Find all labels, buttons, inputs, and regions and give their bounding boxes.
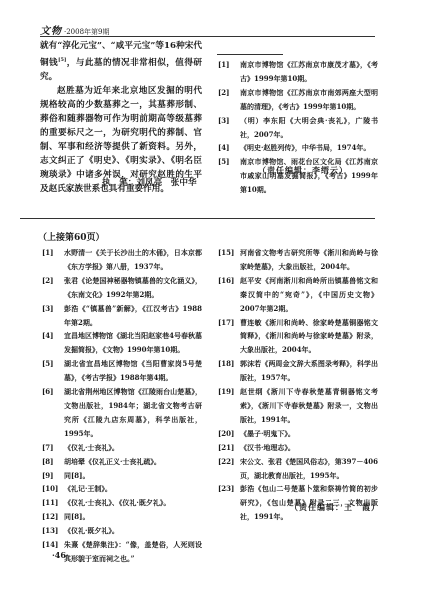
- reference-number: [4]: [42, 329, 64, 357]
- reference-item: [1]南京市博物馆《江苏南京市康茂才墓》，《考古》1999年第10期。: [218, 58, 378, 86]
- reference-number: [22]: [218, 455, 240, 483]
- reference-item: [10]《礼记·王制》。: [42, 482, 202, 496]
- responsible-editor-bottom: （责任编辑：王 霞）: [290, 502, 380, 513]
- reference-number: [10]: [42, 482, 64, 496]
- reference-number: [3]: [218, 114, 240, 142]
- reference-number: [5]: [218, 155, 240, 197]
- reference-list-top: [1]南京市博物馆《江苏南京市康茂才墓》，《考古》1999年第10期。[2]南京…: [218, 58, 378, 197]
- reference-item: [5]湖北省宜昌地区博物馆《当阳曹家岗5号楚墓》，《考古学报》1988年第4期。: [42, 357, 202, 385]
- reference-number: [5]: [42, 357, 64, 385]
- body-paragraph-1: 就有“淳化元宝”、“咸平元宝”等16种宋代铜钱[5]，与此墓的情况非常相似，值得…: [40, 39, 202, 84]
- reference-item: [1]水野清一《关于长沙出土的木俑》，日本京都《东方学报》第八册，1937年。: [42, 246, 202, 274]
- reference-item: [7]《仪礼·士丧礼》。: [42, 441, 202, 455]
- reference-text: 水野清一《关于长沙出土的木俑》，日本京都《东方学报》第八册，1937年。: [64, 246, 202, 274]
- reference-item: [16]赵平安《河南淅川和尚岭所出镇墓兽铭文和秦汉简中的“宛奇”》，《中国历史文…: [218, 274, 378, 316]
- reference-number: [20]: [218, 427, 240, 441]
- responsible-editor-top: （责任编辑：李缙云）: [258, 165, 348, 176]
- reference-number: [19]: [218, 385, 240, 427]
- reference-item: [13]《仪礼·既夕礼》。: [42, 524, 202, 538]
- reference-number: [4]: [218, 141, 240, 155]
- reference-number: [11]: [42, 496, 64, 510]
- reference-text: 朱熹《楚辞集注》：“像，盖楚俗，人死则设其形貌于室而祠之也。”: [64, 538, 202, 566]
- reference-number: [1]: [218, 58, 240, 86]
- reference-number: [13]: [42, 524, 64, 538]
- reference-text: 《仪礼·既夕礼》。: [64, 524, 202, 538]
- reference-item: [6]湖北省荆州地区博物馆《江陵雨台山楚墓》，文物出版社，1984年；湖北省文物…: [42, 385, 202, 441]
- reference-number: [6]: [42, 385, 64, 441]
- reference-item: [3]彭浩《“镇墓兽”新解》，《江汉考古》1988年第2期。: [42, 302, 202, 330]
- reference-number: [8]: [42, 455, 64, 469]
- reference-text: 南京市博物馆《江苏南京市康茂才墓》，《考古》1999年第10期。: [240, 58, 378, 86]
- reference-text: 《墨子·明鬼下》。: [240, 427, 378, 441]
- section-divider: [20, 218, 375, 219]
- reference-number: [3]: [42, 302, 64, 330]
- reference-list-right: [15]河南省文物考古研究所等《淅川和尚岭与徐家岭楚墓》，大象出版社，2004年…: [218, 246, 378, 524]
- reference-item: [20]《墨子·明鬼下》。: [218, 427, 378, 441]
- reference-text: 湖北省荆州地区博物馆《江陵雨台山楚墓》，文物出版社，1984年；湖北省文物考古研…: [64, 385, 202, 441]
- reference-number: [17]: [218, 316, 240, 358]
- running-header: 文物·2008年第9期: [40, 22, 375, 37]
- reference-text: （明）李东阳《大明会典·丧礼》，广陵书社，2007年。: [240, 114, 378, 142]
- reference-text: 彭浩《“镇墓兽”新解》，《江汉考古》1988年第2期。: [64, 302, 202, 330]
- reference-text: 《汉书·地理志》。: [240, 441, 378, 455]
- continued-from-label: （上接第60页）: [38, 230, 105, 243]
- journal-logo: 文物: [40, 26, 62, 37]
- reference-item: [15]河南省文物考古研究所等《淅川和尚岭与徐家岭楚墓》，大象出版社，2004年…: [218, 246, 378, 274]
- reference-text: 《礼记·王制》。: [64, 482, 202, 496]
- reference-item: [21]《汉书·地理志》。: [218, 441, 378, 455]
- reference-list-left: [1]水野清一《关于长沙出土的木俑》，日本京都《东方学报》第八册，1937年。[…: [42, 246, 202, 566]
- reference-text: 河南省文物考古研究所等《淅川和尚岭与徐家岭楚墓》，大象出版社，2004年。: [240, 246, 378, 274]
- reference-number: [1]: [42, 246, 64, 274]
- reference-item: [9]同[8]。: [42, 469, 202, 483]
- reference-number: [18]: [218, 357, 240, 385]
- reference-item: [2]张君《论楚国神秘器物镇墓兽的文化涵义》，《东南文化》1992年第2期。: [42, 274, 202, 302]
- reference-item: [11]《仪礼·士丧礼》、《仪礼·既夕礼》。: [42, 496, 202, 510]
- reference-number: [12]: [42, 510, 64, 524]
- reference-text: 郭沫若《两周金文辞大系图录考释》，科学出版社，1957年。: [240, 357, 378, 385]
- issue-label: ·2008年第9期: [64, 28, 110, 36]
- reference-text: 曹连敏《淅川和尚岭、徐家岭楚墓铜器铭文简释》，《淅川和尚岭与徐家岭楚墓》附录，大…: [240, 316, 378, 358]
- reference-text: 《仪礼·士丧礼》、《仪礼·既夕礼》。: [64, 496, 202, 510]
- reference-item: [18]郭沫若《两周金文辞大系图录考释》，科学出版社，1957年。: [218, 357, 378, 385]
- reference-item: [22]宋公文、张君《楚国风俗志》，第397－406页，湖北教育出版社，1995…: [218, 455, 378, 483]
- reference-number: [16]: [218, 274, 240, 316]
- reference-item: [8]胡培翚《仪礼正义·士丧礼疏》。: [42, 455, 202, 469]
- reference-item: [4]《明史·赵胜列传》，中华书局，1974年。: [218, 141, 378, 155]
- reference-item: [5]南京市博物馆、雨花台区文化局《江苏南京市戚家山明墓发掘简报》，《考古》19…: [218, 155, 378, 197]
- reference-text: 湖北省宜昌地区博物馆《当阳曹家岗5号楚墓》，《考古学报》1988年第4期。: [64, 357, 202, 385]
- reference-item: [3]（明）李东阳《大明会典·丧礼》，广陵书社，2007年。: [218, 114, 378, 142]
- reference-item: [12]同[8]。: [42, 510, 202, 524]
- reference-text: 同[8]。: [64, 469, 202, 483]
- reference-number: [2]: [42, 274, 64, 302]
- reference-text: 《明史·赵胜列传》，中华书局，1974年。: [240, 141, 378, 155]
- reference-item: [4]宜昌地区博物馆《湖北当阳赵家巷4号春秋墓发掘简报》，《文物》1990年第1…: [42, 329, 202, 357]
- reference-text: 南京市博物馆《江苏南京市南郊两座大型明墓的清理》，《考古》1999年第10期。: [240, 86, 378, 114]
- reference-text: 宜昌地区博物馆《湖北当阳赵家巷4号春秋墓发掘简报》，《文物》1990年第10期。: [64, 329, 202, 357]
- reference-item: [17]曹连敏《淅川和尚岭、徐家岭楚墓铜器铭文简释》，《淅川和尚岭与徐家岭楚墓》…: [218, 316, 378, 358]
- reference-number: [7]: [42, 441, 64, 455]
- reference-number: [2]: [218, 86, 240, 114]
- reference-text: 张君《论楚国神秘器物镇墓兽的文化涵义》，《东南文化》1992年第2期。: [64, 274, 202, 302]
- reference-text: 同[8]。: [64, 510, 202, 524]
- reference-text: 南京市博物馆、雨花台区文化局《江苏南京市戚家山明墓发掘简报》，《考古》1999年…: [240, 155, 378, 197]
- article-body: 就有“淳化元宝”、“咸平元宝”等16种宋代铜钱[5]，与此墓的情况非常相似，值得…: [40, 39, 202, 196]
- reference-number: [15]: [218, 246, 240, 274]
- author-line: 执 笔：刘凤亮 张中华: [102, 176, 197, 188]
- reference-text: 宋公文、张君《楚国风俗志》，第397－406页，湖北教育出版社，1995年。: [240, 455, 378, 483]
- page-number: ·46·: [52, 550, 69, 560]
- reference-number: [23]: [218, 482, 240, 524]
- reference-number: [9]: [42, 469, 64, 483]
- reference-text: 《仪礼·士丧礼》。: [64, 441, 202, 455]
- reference-item: [19]赵世纲《淅川下寺春秋楚墓青铜器铭文考索》，《淅川下寺春秋楚墓》附录一，文…: [218, 385, 378, 427]
- reference-number: [21]: [218, 441, 240, 455]
- notes-divider: [217, 54, 283, 55]
- reference-item: [2]南京市博物馆《江苏南京市南郊两座大型明墓的清理》，《考古》1999年第10…: [218, 86, 378, 114]
- reference-text: 赵世纲《淅川下寺春秋楚墓青铜器铭文考索》，《淅川下寺春秋楚墓》附录一，文物出版社…: [240, 385, 378, 427]
- reference-text: 赵平安《河南淅川和尚岭所出镇墓兽铭文和秦汉简中的“宛奇”》，《中国历史文物》20…: [240, 274, 378, 316]
- reference-text: 胡培翚《仪礼正义·士丧礼疏》。: [64, 455, 202, 469]
